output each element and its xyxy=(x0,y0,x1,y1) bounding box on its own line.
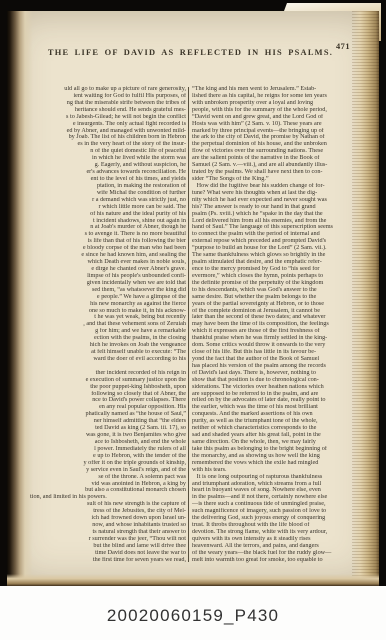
text-line: of the weary years—the black fuel for th… xyxy=(192,550,351,557)
text-line: his? The answer is ready to our hand in … xyxy=(192,204,351,211)
column-divider-rule xyxy=(188,87,189,562)
book-fore-edge xyxy=(352,11,379,586)
text-line: ed by Abner, and managed with unwonted m… xyxy=(30,128,186,135)
text-line: n of the quiet domestic life of peaceful xyxy=(30,148,186,155)
text-line: remembered the vows which the exile had … xyxy=(192,460,351,467)
text-line: the delivering God, such joyous energy o… xyxy=(192,515,351,522)
running-header: THE LIFE OF DAVID AS REFLECTED IN HIS PS… xyxy=(30,42,351,54)
text-line: the definite promise of the perpetuity o… xyxy=(192,280,351,287)
text-line: ts natural strength that their answer to xyxy=(30,529,186,536)
text-line: are the salient points of the narrative … xyxy=(192,155,351,162)
text-line: Hosts was with him” (2 Sam. v. 10). Thes… xyxy=(192,121,351,128)
text-line: ng that the miserable strife between the… xyxy=(30,100,186,107)
text-line: e dirge he chanted over Abner's grave. xyxy=(30,266,186,273)
text-line: the perpetual dominion of his house, and… xyxy=(192,141,351,148)
text-line: s to avenge it. There is no more beautif… xyxy=(30,231,186,238)
text-line: ent to the level of his times, and yield… xyxy=(30,176,186,183)
text-line: ted David as king (2 Sam. iii. 17), so xyxy=(30,425,186,432)
text-line: “purpose to build an house for the Lord”… xyxy=(192,245,351,252)
page-content: THE LIFE OF DAVID AS REFLECTED IN HIS PS… xyxy=(30,11,351,586)
text-line: y offer it on the triple grounds of kins… xyxy=(30,460,186,467)
text-line: is life than that of his following the b… xyxy=(30,238,186,245)
text-line: external repose which preceded and promp… xyxy=(192,238,351,245)
text-line: wife Michal the condition of further xyxy=(30,190,186,197)
text-line: with his tears. xyxy=(192,467,351,474)
text-line: same direction. On the whole, then, we m… xyxy=(192,439,351,446)
text-line: neither of which characteristics corresp… xyxy=(192,425,351,432)
text-line: r surrender was the jeer, “Thou wilt not xyxy=(30,536,186,543)
text-line: which it expresses are those of the firs… xyxy=(192,328,351,335)
scan-id-label: 20020060159_P430 xyxy=(107,606,279,626)
text-line: years of the partial sovereignty at Hebr… xyxy=(192,301,351,308)
text-line: ich had frowned down upon Israel un- xyxy=(30,515,186,522)
text-line: , and that these vehement sons of Zeruia… xyxy=(30,321,186,328)
text-line: psalm (Ps. xviii.) which he “spake in th… xyxy=(192,211,351,218)
text-line: vid was anointed in Hebron, a king by xyxy=(30,481,186,488)
text-line: to connect the psalm with the period of … xyxy=(192,231,351,238)
text-line: trust. It throbs throughout with the lif… xyxy=(192,522,351,529)
text-line: Lord delivered him from all his enemies,… xyxy=(192,218,351,225)
text-line: same desire. But whether the psalm belon… xyxy=(192,294,351,301)
text-line: nity which he had ever expected and neve… xyxy=(192,197,351,204)
text-line: “David went on and grew great, and the L… xyxy=(192,114,351,121)
text-line: with unbroken prosperity over a loyal an… xyxy=(192,100,351,107)
text-line: his new monarchy as against the fierce xyxy=(30,301,186,308)
text-line: devotion. The strong flame, white with i… xyxy=(192,529,351,536)
text-line: in which he lived while the storm was xyxy=(30,155,186,162)
text-line: of his nature and the ideal purity of hi… xyxy=(30,211,186,218)
text-line: “The king and his men went to Jerusalem.… xyxy=(192,86,351,93)
text-line: limpse of his people's unbounded confi- xyxy=(30,273,186,280)
text-line: but also a constitutional monarch chosen xyxy=(30,487,186,494)
text-line: may have been the time of its compositio… xyxy=(192,321,351,328)
text-line: the poor puppet-king Ishbosheth, upon xyxy=(30,384,186,391)
text-line: to his descendants, which was God's answ… xyxy=(192,287,351,294)
text-line: e execution of summary justice upon the xyxy=(30,377,186,384)
text-line: ner himself admitting that “the elders xyxy=(30,418,186,425)
text-line: es in the very heart of the story of the… xyxy=(30,141,186,148)
text-line: sider “The Songs of the King.” xyxy=(192,176,351,183)
text-line: sult of his new strength is the capture … xyxy=(30,501,186,508)
text-line: yond the fact that the author of the Boo… xyxy=(192,356,351,363)
text-line: e since he had known him, and sealing th… xyxy=(30,252,186,259)
text-line: trated by the psalms. We shall have next… xyxy=(192,169,351,176)
text-line: en any real popular opposition. His xyxy=(30,404,186,411)
text-line: conquests. And the marked assertions of … xyxy=(192,411,351,418)
text-line: thankful praise when he was firmly settl… xyxy=(192,335,351,342)
text-line: ther incident recorded of his reign in xyxy=(30,370,186,377)
text-line: tion, and limited in his powers. xyxy=(30,494,186,501)
text-line: ection with the psalms, in the closing xyxy=(30,335,186,342)
right-column: “The king and his men went to Jerusalem.… xyxy=(192,86,351,564)
text-line xyxy=(30,363,186,370)
text-line: heart in buoyant waves of song. Nowhere … xyxy=(192,487,351,494)
text-line: given incidentally when we are told that xyxy=(30,280,186,287)
text-line: ient waiting for God to fulfil His purpo… xyxy=(30,93,186,100)
text-line: of the complete dominion at Jerusalem, i… xyxy=(192,308,351,315)
text-line: by Joab. The list of his children born i… xyxy=(30,134,186,141)
text-line: but the blind and lame will drive thee xyxy=(30,543,186,550)
text-line: phatically named as “the house of Saul,” xyxy=(30,411,186,418)
text-line: e people.” We have a glimpse of the xyxy=(30,294,186,301)
text-line: n at Joab's murder of Abner, though he xyxy=(30,224,186,231)
text-line: y service even in Saul's reign, and of t… xyxy=(30,467,186,474)
text-line: psalm stimulated that desire, and the em… xyxy=(192,259,351,266)
text-line: people, with this for the summary of the… xyxy=(192,107,351,114)
text-line: s to Jabesh-Gilead; he will not begin th… xyxy=(30,114,186,121)
text-line: the earlier, which was the time of his m… xyxy=(192,404,351,411)
text-line: marked by three principal events—the bri… xyxy=(192,128,351,135)
text-line: lished there as his capital, he reigns f… xyxy=(192,93,351,100)
text-line: heavenward. All the terrors, and pains, … xyxy=(192,543,351,550)
text-line: relied on by the advocates of later date… xyxy=(192,397,351,404)
text-line: hand of Saul.” The language of this supe… xyxy=(192,224,351,231)
text-line: Samuel (2 Sam. v.—viii.), and are all ab… xyxy=(192,162,351,169)
text-line: nce to David's power collapses. There xyxy=(30,397,186,404)
text-line: of David's last days. There is, however,… xyxy=(192,370,351,377)
text-line: ward the doer of evil according to his xyxy=(30,356,186,363)
book-page: THE LIFE OF DAVID AS REFLECTED IN HIS PS… xyxy=(7,11,379,586)
text-line: now, and whose inhabitants trusted so xyxy=(30,522,186,529)
text-line: ace to Ishbosheth, and end the whole xyxy=(30,439,186,446)
text-line: uld all go to make up a picture of rare … xyxy=(30,86,186,93)
text-line: show that that position is due to chrono… xyxy=(192,377,351,384)
text-line: g. Eagerly, and without suspicion, he xyxy=(30,162,186,169)
text-line: It is one long outpouring of rapturous t… xyxy=(192,474,351,481)
archive-label-strip: 20020060159_P430 xyxy=(0,586,386,640)
text-line: at felt himself unable to execute: “The xyxy=(30,349,186,356)
text-line: e insurgents. The only actual fight reco… xyxy=(30,121,186,128)
text-line: later than the second of these two dates… xyxy=(192,314,351,321)
text-line: g for him; and we have a remarkable xyxy=(30,328,186,335)
text-line: following so closely that of Abner, the xyxy=(30,391,186,398)
text-line: one so much to make it, in his acknow- xyxy=(30,308,186,315)
text-columns: uld all go to make up a picture of rare … xyxy=(30,86,351,564)
text-line: r a demand which was strictly just, no xyxy=(30,197,186,204)
text-line: purity, as well as the triumphant tone o… xyxy=(192,418,351,425)
text-line: ence to the mercy promised by God to “hi… xyxy=(192,266,351,273)
text-line: —is there such a continuous tide of unmi… xyxy=(192,501,351,508)
text-line: er's advances towards reconciliation. He xyxy=(30,169,186,176)
text-line: the ark to the city of David, the promis… xyxy=(192,134,351,141)
text-line: tress of the Jebusites, the city of Mel- xyxy=(30,508,186,515)
text-line: l power. Immediately the rulers of all xyxy=(30,446,186,453)
text-line: The same thankfulness which glows so bri… xyxy=(192,252,351,259)
text-line: close of his life. But this has little i… xyxy=(192,349,351,356)
text-line: was gone, it is two Benjamites who give xyxy=(30,432,186,439)
text-line: has placed his version of the psalm amon… xyxy=(192,363,351,370)
text-line: e up to Hebron, with the tender of the xyxy=(30,453,186,460)
text-line: ptation, in making the restoration of xyxy=(30,183,186,190)
text-line: which Death ever makes in noble souls, xyxy=(30,259,186,266)
text-line: take this psalm as belonging to the brig… xyxy=(192,446,351,453)
text-line: melt into warmth too great for smoke, to… xyxy=(192,557,351,564)
text-line: se of the throne. A solemn pact was xyxy=(30,474,186,481)
text-line: t incident shadows, shine out again in xyxy=(30,218,186,225)
text-line: How did the fugitive bear his sudden cha… xyxy=(192,183,351,190)
text-line: t he was yet weak, being but recently xyxy=(30,314,186,321)
text-line: dom. Some critics would throw it onwards… xyxy=(192,342,351,349)
text-line: are supposed to be referred to in the ps… xyxy=(192,391,351,398)
text-line: in the psalms—and if not there, certainl… xyxy=(192,494,351,501)
text-line: hich he invokes on Joab the vengeance xyxy=(30,342,186,349)
text-line: r which little more can be said. The xyxy=(30,204,186,211)
text-line: sad and shaded years after his great fal… xyxy=(192,432,351,439)
text-line: flow of victories over the surrounding n… xyxy=(192,148,351,155)
text-line: and triumphant adoration, which streams … xyxy=(192,481,351,488)
text-line: quivers with its own intensity as it ste… xyxy=(192,536,351,543)
text-line: time David does not leave the war to xyxy=(30,550,186,557)
text-line: sed them, “as whatsoever the king did xyxy=(30,287,186,294)
text-line: the monarchy, and as showing us how well… xyxy=(192,453,351,460)
text-line: siderations. The victories over heathen … xyxy=(192,384,351,391)
left-column: uld all go to make up a picture of rare … xyxy=(30,86,186,564)
page-title: THE LIFE OF DAVID AS REFLECTED IN HIS PS… xyxy=(48,48,333,57)
page-number: 471 xyxy=(336,42,350,51)
book-scan-photo: THE LIFE OF DAVID AS REFLECTED IN HIS PS… xyxy=(0,0,386,640)
text-line: the first time for seven years we read, xyxy=(30,557,186,564)
text-line: tune? What were his thoughts when at las… xyxy=(192,190,351,197)
text-line: e bloody corpse of the man who had been xyxy=(30,245,186,252)
text-line: such magnificence of imagery, such passi… xyxy=(192,508,351,515)
text-line: heritance should end. He sends grateful … xyxy=(30,107,186,114)
text-line: evermore,” which closes the hymn, points… xyxy=(192,273,351,280)
